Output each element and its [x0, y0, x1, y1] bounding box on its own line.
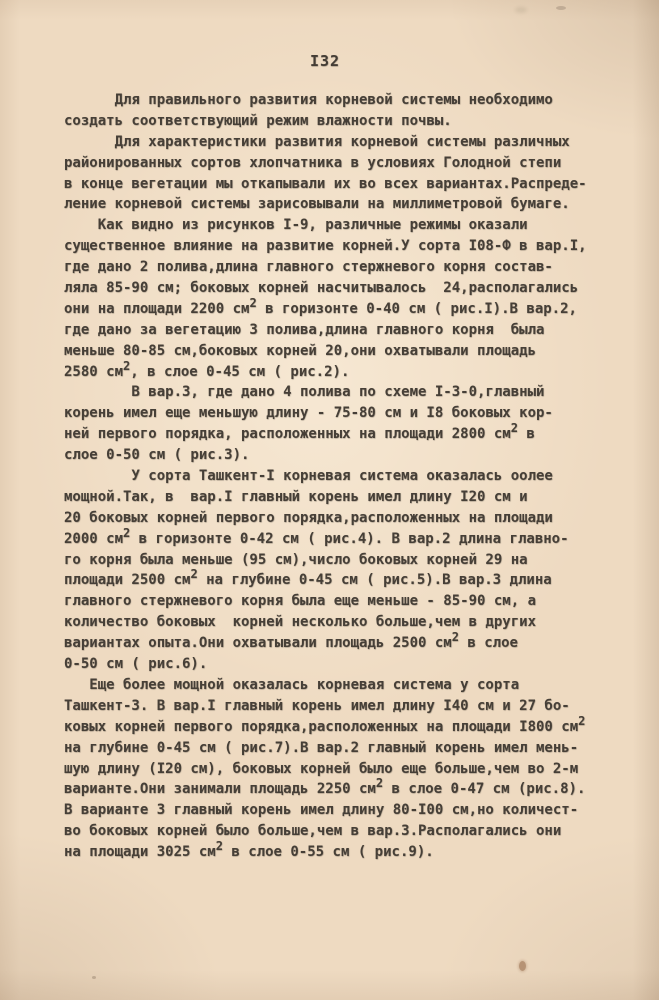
paper-stain	[519, 961, 526, 971]
paper-stain	[556, 6, 566, 10]
text-line: вариантах опыта.Они охватывали площадь 2…	[64, 633, 624, 654]
text-line: варианте.Они занимали площадь 2250 см2 в…	[64, 779, 624, 800]
text-line: они на площади 2200 см2 в горизонте 0-40…	[64, 299, 624, 320]
text-line: создать соответствующий режим влажности …	[64, 111, 624, 132]
text-line: корень имел еще меньшую длину - 75-80 см…	[64, 403, 624, 424]
text-line: Для характеристики развития корневой сис…	[64, 132, 624, 153]
text-line: существенное влияние на развитие корней.…	[64, 236, 624, 257]
document-text: Для правильного развития корневой систем…	[64, 90, 624, 863]
superscript-2: 2	[578, 714, 585, 728]
text-line: ление корневой системы зарисовывали на м…	[64, 194, 624, 215]
text-line: ковых корней первого порядка,расположенн…	[64, 717, 624, 738]
superscript-2: 2	[123, 526, 130, 540]
superscript-2: 2	[249, 296, 256, 310]
text-line: количество боковых корней несколько боль…	[64, 612, 624, 633]
text-line: 0-50 см ( рис.6).	[64, 654, 624, 675]
text-line: на глубине 0-45 см ( рис.7).В вар.2 глав…	[64, 738, 624, 759]
superscript-2: 2	[190, 567, 197, 581]
text-line: мощной.Так, в вар.I главный корень имел …	[64, 487, 624, 508]
superscript-2: 2	[123, 359, 130, 373]
text-line: Для правильного развития корневой систем…	[64, 90, 624, 111]
superscript-2: 2	[452, 630, 459, 644]
text-line: шую длину (I20 см), боковых корней было …	[64, 759, 624, 780]
text-line: слое 0-50 см ( рис.3).	[64, 445, 624, 466]
text-line: где дано за вегетацию 3 полива,длина гла…	[64, 320, 624, 341]
text-line: в конце вегетации мы откапывали их во вс…	[64, 174, 624, 195]
text-line: Ташкент-3. В вар.I главный корень имел д…	[64, 696, 624, 717]
text-line: ней первого порядка, расположенных на пл…	[64, 424, 624, 445]
text-line: У сорта Ташкент-I корневая система оказа…	[64, 466, 624, 487]
text-line: на площади 3025 см2 в слое 0-55 см ( рис…	[64, 842, 624, 863]
text-line: меньше 80-85 см,боковых корней 20,они ох…	[64, 341, 624, 362]
text-line: главного стержневого корня была еще мень…	[64, 591, 624, 612]
text-line: В варианте 3 главный корень имел длину 8…	[64, 800, 624, 821]
text-line: В вар.3, где дано 4 полива по схеме I-3-…	[64, 382, 624, 403]
text-line: го корня была меньше (95 см),число боков…	[64, 550, 624, 571]
text-line: во боковых корней было больше,чем в вар.…	[64, 821, 624, 842]
scanned-page: I32 Для правильного развития корневой си…	[0, 0, 659, 1000]
superscript-2: 2	[511, 421, 518, 435]
text-line: районированных сортов хлопчатника в усло…	[64, 153, 624, 174]
paper-stain	[92, 976, 96, 979]
text-line: Еще более мощной оказалась корневая сист…	[64, 675, 624, 696]
text-line: 2000 см2 в горизонте 0-42 см ( рис.4). В…	[64, 529, 624, 550]
text-line: площади 2500 см2 на глубине 0-45 см ( ри…	[64, 570, 624, 591]
text-line: 2580 см2, в слое 0-45 см ( рис.2).	[64, 362, 624, 383]
superscript-2: 2	[216, 839, 223, 853]
text-line: 20 боковых корней первого порядка,распол…	[64, 508, 624, 529]
superscript-2: 2	[376, 776, 383, 790]
text-line: ляла 85-90 см; боковых корней насчитывал…	[64, 278, 624, 299]
page-number: I32	[64, 52, 586, 70]
text-line: где дано 2 полива,длина главного стержне…	[64, 257, 624, 278]
text-line: Как видно из рисунков I-9, различные реж…	[64, 215, 624, 236]
